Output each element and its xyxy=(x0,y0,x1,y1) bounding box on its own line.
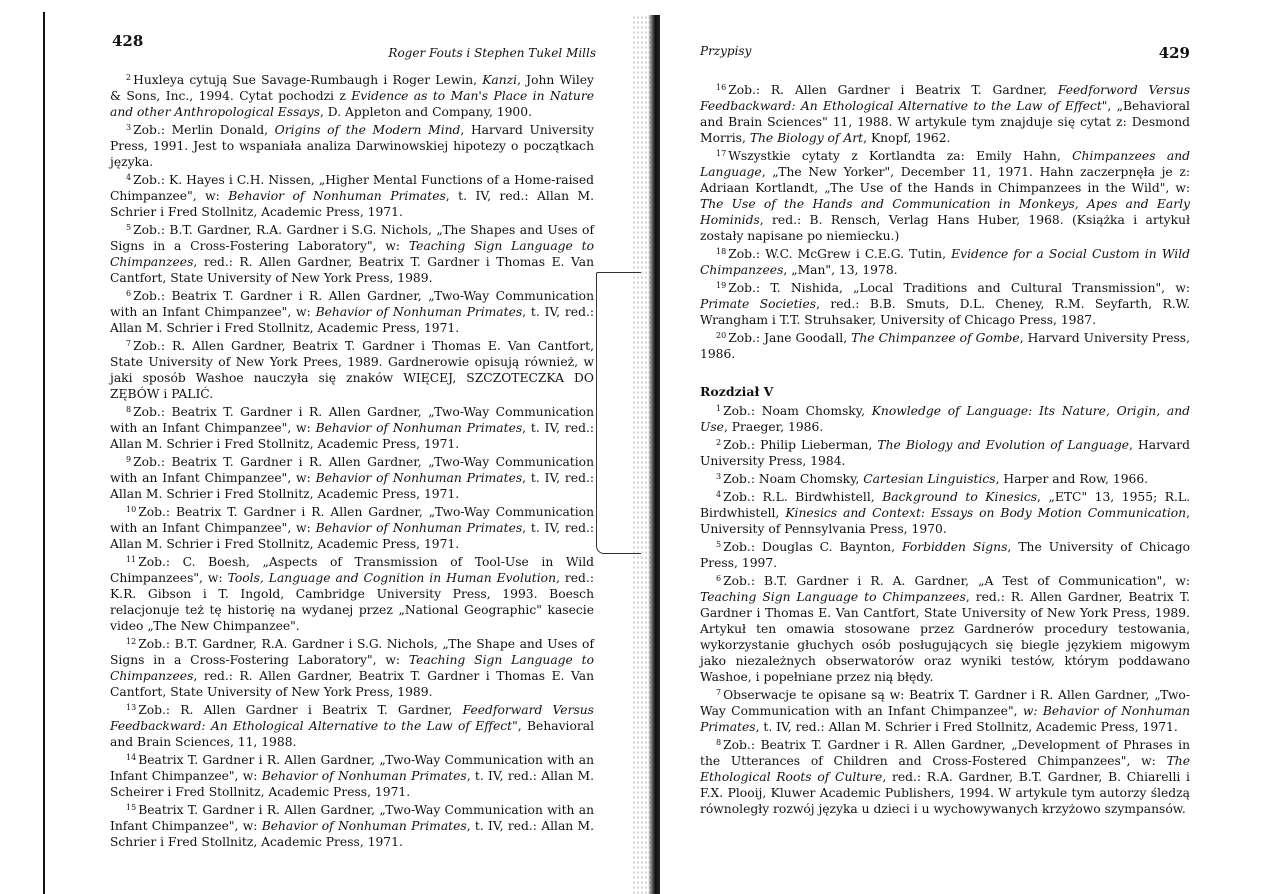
footnote: 3Zob.: Noam Chomsky, Cartesian Linguisti… xyxy=(700,469,1190,487)
left-page: 428 Roger Fouts i Stephen Tukel Mills 2H… xyxy=(110,30,594,850)
footnote-text: Zob.: R. Allen Gardner, Beatrix T. Gardn… xyxy=(110,339,594,401)
footnote-text: Zob.: Noam Chomsky, xyxy=(723,404,872,418)
cited-title: The Chimpanzee of Gombe xyxy=(851,331,1020,345)
footnote-number: 3 xyxy=(716,472,721,481)
footnote-number: 3 xyxy=(126,123,131,132)
cited-title: Tools, Language and Cognition in Human E… xyxy=(228,571,556,585)
footnote-number: 4 xyxy=(716,490,721,499)
footnote-text: Wszystkie cytaty z Kortlandta za: Emily … xyxy=(728,149,1072,163)
section-heading: Rozdział V xyxy=(700,384,1190,400)
footnote-text: Zob.: R. Allen Gardner i Beatrix T. Gard… xyxy=(728,83,1058,97)
footnote-number: 5 xyxy=(716,540,721,549)
running-head-title: Roger Fouts i Stephen Tukel Mills xyxy=(388,46,596,60)
footnote: 5Zob.: B.T. Gardner, R.A. Gardner i S.G.… xyxy=(110,220,594,286)
footnote-text: , „Man", 13, 1978. xyxy=(783,263,897,277)
footnote-number: 2 xyxy=(716,438,721,447)
footnote-number: 18 xyxy=(716,247,726,256)
cited-title: Behavior of Nonhuman Primates xyxy=(228,189,446,203)
footnote: 10Zob.: Beatrix T. Gardner i R. Allen Ga… xyxy=(110,502,594,552)
footnote: 18Zob.: W.C. McGrew i C.E.G. Tutin, Evid… xyxy=(700,244,1190,278)
footnote-text: Zob.: Philip Lieberman, xyxy=(723,438,877,452)
footnote-number: 5 xyxy=(126,223,131,232)
footnote-text: , D. Appleton and Company, 1900. xyxy=(320,105,532,119)
footnote-list: 2Huxleya cytują Sue Savage-Rumbaugh i Ro… xyxy=(110,70,594,850)
footnote-text: Zob.: R. Allen Gardner i Beatrix T. Gard… xyxy=(138,703,462,717)
footnote: 13Zob.: R. Allen Gardner i Beatrix T. Ga… xyxy=(110,700,594,750)
cited-title: Primate Societies xyxy=(700,297,816,311)
footnote-number: 1 xyxy=(716,404,721,413)
scan-edge-line xyxy=(43,12,45,894)
footnote: 5Zob.: Douglas C. Baynton, Forbidden Sig… xyxy=(700,537,1190,571)
footnote: 20Zob.: Jane Goodall, The Chimpanzee of … xyxy=(700,328,1190,362)
footnote-text: , t. IV, red.: Allan M. Schrier i Fred S… xyxy=(756,720,1178,734)
footnote-number: 6 xyxy=(716,574,721,583)
cited-title: The Biology of Art xyxy=(750,131,863,145)
footnote-text: , Harper and Row, 1966. xyxy=(996,472,1148,486)
footnote-number: 6 xyxy=(126,289,131,298)
cited-title: Origins of the Modern Mind xyxy=(275,123,461,137)
footnote: 3Zob.: Merlin Donald, Origins of the Mod… xyxy=(110,120,594,170)
footnote-text: Zob.: W.C. McGrew i C.E.G. Tutin, xyxy=(728,247,951,261)
footnote-number: 10 xyxy=(126,505,136,514)
footnote: 7Obserwacje te opisane są w: Beatrix T. … xyxy=(700,685,1190,735)
footnote-group: 1Zob.: Noam Chomsky, Knowledge of Langua… xyxy=(700,401,1190,817)
left-running-head: 428 Roger Fouts i Stephen Tukel Mills xyxy=(110,30,594,60)
cited-title: The Biology and Evolution of Language xyxy=(877,438,1129,452)
footnote-number: 7 xyxy=(126,339,131,348)
cited-title: Kinesics and Context: Essays on Body Mot… xyxy=(785,506,1186,520)
cited-title: Kanzi xyxy=(482,73,517,87)
footnote-number: 8 xyxy=(126,405,131,414)
footnote-number: 7 xyxy=(716,688,721,697)
gutter-core xyxy=(648,15,660,894)
book-gutter-shadow xyxy=(638,0,668,894)
footnote: 19Zob.: T. Nishida, „Local Traditions an… xyxy=(700,278,1190,328)
cited-title: Background to Kinesics xyxy=(882,490,1037,504)
footnote: 6Zob.: Beatrix T. Gardner i R. Allen Gar… xyxy=(110,286,594,336)
cited-title: Behavior of Nonhuman Primates xyxy=(316,305,523,319)
cited-title: Teaching Sign Language to Chimpanzees xyxy=(700,590,966,604)
footnote-text: Zob.: B.T. Gardner i R. A. Gardner, „A T… xyxy=(723,574,1190,588)
footnote-text: Huxleya cytują Sue Savage-Rumbaugh i Rog… xyxy=(133,73,482,87)
footnote: 8Zob.: Beatrix T. Gardner i R. Allen Gar… xyxy=(700,735,1190,817)
footnote-text: , Praeger, 1986. xyxy=(724,420,823,434)
footnote-text: , red.: B. Rensch, Verlag Hans Huber, 19… xyxy=(700,213,1190,243)
page-number: 429 xyxy=(1159,44,1190,62)
footnote: 1Zob.: Noam Chomsky, Knowledge of Langua… xyxy=(700,401,1190,435)
footnote-text: Zob.: Noam Chomsky, xyxy=(723,472,863,486)
page-tab-marker xyxy=(596,272,641,554)
footnote-number: 19 xyxy=(716,281,726,290)
footnote-number: 8 xyxy=(716,738,721,747)
footnote-text: , „The New Yorker", December 11, 1971. H… xyxy=(700,165,1190,195)
footnote-number: 15 xyxy=(126,803,136,812)
footnote-number: 16 xyxy=(716,83,726,92)
footnote: 6Zob.: B.T. Gardner i R. A. Gardner, „A … xyxy=(700,571,1190,685)
footnote-number: 13 xyxy=(126,703,136,712)
footnote: 16Zob.: R. Allen Gardner i Beatrix T. Ga… xyxy=(700,80,1190,146)
footnote: 4Zob.: R.L. Birdwhistell, Background to … xyxy=(700,487,1190,537)
footnote-text: Zob.: T. Nishida, „Local Traditions and … xyxy=(728,281,1190,295)
footnote-number: 14 xyxy=(126,753,136,762)
footnote: 4Zob.: K. Hayes i C.H. Nissen, „Higher M… xyxy=(110,170,594,220)
footnote-list-chapter-iv: 16Zob.: R. Allen Gardner i Beatrix T. Ga… xyxy=(700,80,1190,817)
footnote: 9Zob.: Beatrix T. Gardner i R. Allen Gar… xyxy=(110,452,594,502)
right-running-head: Przypisy 429 xyxy=(700,30,1190,60)
page-number: 428 xyxy=(112,32,143,50)
footnote-text: Zob.: Merlin Donald, xyxy=(133,123,275,137)
cited-title: Behavior of Nonhuman Primates xyxy=(262,819,467,833)
footnote: 17Wszystkie cytaty z Kortlandta za: Emil… xyxy=(700,146,1190,244)
footnote: 11Zob.: C. Boesh, „Aspects of Transmissi… xyxy=(110,552,594,634)
footnote-number: 17 xyxy=(716,149,726,158)
footnote-number: 2 xyxy=(126,73,131,82)
cited-title: Forbidden Signs xyxy=(902,540,1007,554)
cited-title: Cartesian Linguistics xyxy=(863,472,995,486)
footnote: 15Beatrix T. Gardner i R. Allen Gardner,… xyxy=(110,800,594,850)
cited-title: Behavior of Nonhuman Primates xyxy=(316,471,523,485)
footnote: 8Zob.: Beatrix T. Gardner i R. Allen Gar… xyxy=(110,402,594,452)
running-head-title: Przypisy xyxy=(700,44,751,58)
cited-title: Behavior of Nonhuman Primates xyxy=(316,421,523,435)
footnote-text: Zob.: Beatrix T. Gardner i R. Allen Gard… xyxy=(700,738,1190,768)
footnote-number: 20 xyxy=(716,331,726,340)
footnote: 2Zob.: Philip Lieberman, The Biology and… xyxy=(700,435,1190,469)
footnote: 12Zob.: B.T. Gardner, R.A. Gardner i S.G… xyxy=(110,634,594,700)
footnote-number: 11 xyxy=(126,555,136,564)
footnote: 7Zob.: R. Allen Gardner, Beatrix T. Gard… xyxy=(110,336,594,402)
footnote: 2Huxleya cytują Sue Savage-Rumbaugh i Ro… xyxy=(110,70,594,120)
footnote-text: Zob.: Douglas C. Baynton, xyxy=(723,540,902,554)
footnote: 14Beatrix T. Gardner i R. Allen Gardner,… xyxy=(110,750,594,800)
footnote-text: Zob.: R.L. Birdwhistell, xyxy=(723,490,882,504)
cited-title: Behavior of Nonhuman Primates xyxy=(316,521,523,535)
footnote-number: 9 xyxy=(126,455,131,464)
right-page: Przypisy 429 16Zob.: R. Allen Gardner i … xyxy=(700,30,1190,817)
footnote-number: 4 xyxy=(126,173,131,182)
footnote-text: , red.: R. Allen Gardner, Beatrix T. Gar… xyxy=(700,590,1190,684)
footnote-group: 16Zob.: R. Allen Gardner i Beatrix T. Ga… xyxy=(700,80,1190,362)
footnote-text: Zob.: Jane Goodall, xyxy=(728,331,851,345)
footnote-text: , Knopf, 1962. xyxy=(863,131,950,145)
cited-title: Behavior of Nonhuman Primates xyxy=(262,769,467,783)
footnote-number: 12 xyxy=(126,637,136,646)
